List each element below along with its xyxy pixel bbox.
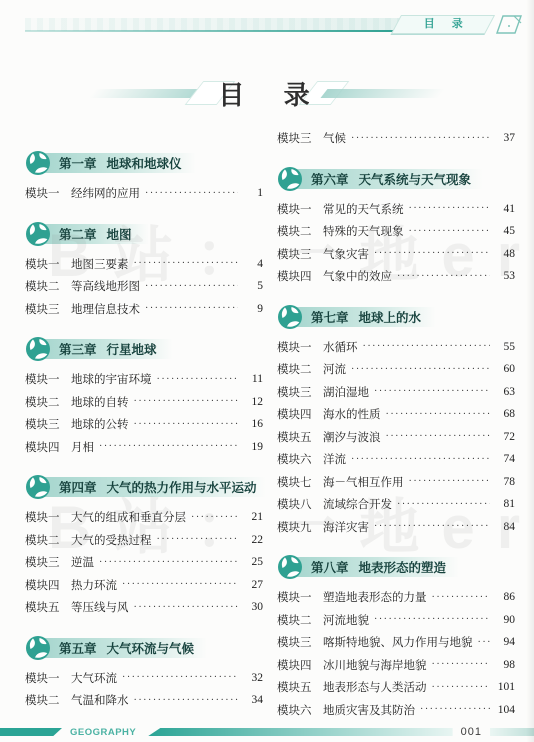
module-label: 模块二 (277, 612, 323, 628)
module-title: 气候 (323, 130, 346, 146)
module-page-number: 72 (495, 431, 515, 443)
chapter-label: 第六章 (311, 170, 349, 188)
dot-leader: ········································… (145, 188, 238, 199)
dot-leader: ········································… (134, 695, 239, 706)
module-label: 模块六 (277, 702, 323, 718)
toc-entry: 模块一经纬网的应用·······························… (25, 182, 263, 205)
toc-entry: 模块二特殊的天气现象······························… (277, 220, 515, 243)
module-title: 特殊的天气现象 (323, 223, 404, 239)
module-label: 模块五 (25, 599, 71, 615)
toc-entry: 模块三地理信息技术·······························… (25, 298, 263, 321)
toc-entry: 模块三气象灾害·································… (277, 243, 515, 266)
module-page-number: 11 (243, 373, 263, 385)
dot-leader: ········································… (374, 521, 490, 532)
module-page-number: 5 (243, 280, 263, 292)
dot-leader: ········································… (191, 512, 238, 523)
module-page-number: 41 (495, 203, 515, 215)
chapter-label: 第五章 (59, 639, 97, 657)
footer-gradient-bar (148, 728, 452, 736)
dot-leader: ········································… (122, 672, 238, 683)
module-title: 湖泊湿地 (323, 384, 369, 400)
page-title-block: 目 录 (0, 72, 534, 114)
dot-leader: ········································… (432, 592, 491, 603)
module-label: 模块二 (277, 223, 323, 239)
toc-entry: 模块六地质灾害及其防治·····························… (277, 699, 515, 722)
dot-leader: ········································… (478, 637, 491, 648)
dot-leader: ········································… (397, 271, 490, 282)
dot-leader: ········································… (351, 364, 490, 375)
toc-entry: 模块六洋流···································… (277, 448, 515, 471)
chapter-banner: 第三章行星地球 (39, 339, 181, 359)
footer-right-bar (490, 728, 534, 736)
chapter-title: 天气系统与天气现象 (359, 170, 472, 188)
globe-icon (277, 166, 303, 192)
module-title: 逆温 (71, 554, 94, 570)
chapter-banner: 第七章地球上的水 (291, 307, 445, 327)
module-page-number: 104 (495, 704, 515, 716)
toc-entry: 模块一常见的天气系统······························… (277, 198, 515, 221)
module-label: 模块五 (277, 429, 323, 445)
module-title: 月相 (71, 439, 94, 455)
dot-leader: ········································… (134, 396, 239, 407)
module-page-number: 81 (495, 498, 515, 510)
chapter-banner: 第四章大气的热力作用与水平运动 (39, 477, 281, 497)
module-title: 气温和降水 (71, 692, 129, 708)
toc-entry: 模块四气象中的效应·······························… (277, 265, 515, 288)
module-page-number: 19 (243, 441, 263, 453)
toc-entry: 模块四热力环流·································… (25, 574, 263, 597)
module-title: 等高线地形图 (71, 278, 140, 294)
toc-entry: 模块一大气环流·································… (25, 667, 263, 690)
globe-icon (25, 221, 51, 247)
module-title: 地理信息技术 (71, 301, 140, 317)
module-label: 模块四 (25, 439, 71, 455)
module-title: 地球的自转 (71, 394, 129, 410)
module-page-number: 90 (495, 614, 515, 626)
chapter-title: 地图 (107, 225, 132, 243)
module-title: 地图三要素 (71, 256, 129, 272)
dot-leader: ········································… (99, 557, 238, 568)
dot-leader: ········································… (397, 499, 490, 510)
module-page-number: 4 (243, 258, 263, 270)
globe-icon (277, 304, 303, 330)
toc-entry: 模块一塑造地表形态的力量····························… (277, 586, 515, 609)
chapter-label: 第二章 (59, 225, 97, 243)
module-title: 河流 (323, 361, 346, 377)
module-page-number: 60 (495, 363, 515, 375)
module-label: 模块一 (25, 371, 71, 387)
module-title: 大气的受热过程 (71, 532, 152, 548)
dot-leader: ········································… (363, 341, 491, 352)
module-page-number: 45 (495, 225, 515, 237)
dot-leader: ········································… (122, 579, 238, 590)
module-label: 模块三 (25, 416, 71, 432)
chapter-label: 第三章 (59, 340, 97, 358)
module-label: 模块一 (25, 670, 71, 686)
header-rule-line (25, 30, 399, 32)
module-title: 地质灾害及其防治 (323, 702, 415, 718)
footer-brand: GEOGRAPHY (70, 727, 136, 738)
page-corner-icon (494, 11, 524, 42)
module-title: 热力环流 (71, 577, 117, 593)
module-page-number: 78 (495, 476, 515, 488)
module-title: 气象灾害 (323, 246, 369, 262)
module-page-number: 25 (243, 556, 263, 568)
chapter-title: 地球上的水 (359, 308, 422, 326)
module-title: 常见的天气系统 (323, 201, 404, 217)
toc-entry: 模块三喀斯特地貌、风力作用与地貌························… (277, 631, 515, 654)
dot-leader: ········································… (420, 704, 490, 715)
module-label: 模块四 (277, 268, 323, 284)
dot-leader: ········································… (351, 133, 490, 144)
module-label: 模块四 (277, 657, 323, 673)
module-label: 模块二 (25, 532, 71, 548)
module-page-number: 53 (495, 270, 515, 282)
toc-entry: 模块五等压线与风································… (25, 596, 263, 619)
module-title: 水循环 (323, 339, 358, 355)
toc-entry: 模块三逆温···································… (25, 551, 263, 574)
module-page-number: 9 (243, 303, 263, 315)
module-label: 模块三 (277, 130, 323, 146)
module-label: 模块一 (277, 589, 323, 605)
toc-entry: 模块一地球的宇宙环境······························… (25, 368, 263, 391)
module-title: 喀斯特地貌、风力作用与地貌 (323, 634, 473, 650)
chapter-heading: 第四章大气的热力作用与水平运动 (25, 474, 263, 500)
module-label: 模块一 (277, 339, 323, 355)
module-title: 气象中的效应 (323, 268, 392, 284)
dot-leader: ········································… (374, 248, 490, 259)
module-title: 经纬网的应用 (71, 185, 140, 201)
chapter-title: 大气环流与气候 (107, 639, 195, 657)
chapter-banner: 第二章地图 (39, 224, 156, 244)
module-label: 模块七 (277, 474, 323, 490)
toc-entry: 模块二气温和降水································… (25, 689, 263, 712)
dot-leader: ········································… (157, 534, 239, 545)
toc-entry: 模块五地表形态与人类活动····························… (277, 676, 515, 699)
chapter-heading: 第一章地球和地球仪 (25, 150, 263, 176)
dot-leader: ········································… (351, 454, 490, 465)
module-page-number: 21 (243, 511, 263, 523)
module-page-number: 37 (495, 132, 515, 144)
module-label: 模块二 (25, 394, 71, 410)
module-page-number: 32 (243, 672, 263, 684)
chapter-title: 地表形态的塑造 (359, 558, 447, 576)
chapter-banner: 第一章地球和地球仪 (39, 153, 206, 173)
dot-leader: ········································… (432, 682, 491, 693)
dot-leader: ········································… (432, 659, 491, 670)
header-tab: 目 录 (391, 15, 495, 34)
dot-leader: ········································… (409, 203, 491, 214)
dot-leader: ········································… (157, 374, 239, 385)
dot-leader: ········································… (409, 476, 491, 487)
toc-entry: 模块三地球的公转································… (25, 413, 263, 436)
module-page-number: 98 (495, 659, 515, 671)
chapter-heading: 第二章地图 (25, 221, 263, 247)
chapter-title: 行星地球 (107, 340, 157, 358)
globe-icon (25, 336, 51, 362)
toc-entry: 模块四海水的性质································… (277, 403, 515, 426)
module-label: 模块三 (25, 554, 71, 570)
globe-icon (25, 150, 51, 176)
module-page-number: 84 (495, 521, 515, 533)
toc-entry: 模块三湖泊湿地·································… (277, 381, 515, 404)
toc-entry: 模块一大气的组成和垂直分层···························… (25, 506, 263, 529)
module-label: 模块六 (277, 451, 323, 467)
chapter-title: 地球和地球仪 (107, 154, 182, 172)
module-title: 地表形态与人类活动 (323, 679, 427, 695)
module-label: 模块九 (277, 519, 323, 535)
footer-page-number: 001 (461, 726, 482, 738)
chapter-banner: 第八章地表形态的塑造 (291, 557, 470, 577)
module-label: 模块四 (25, 577, 71, 593)
toc-entry: 模块七海－气相互作用······························… (277, 471, 515, 494)
module-label: 模块三 (25, 301, 71, 317)
dot-leader: ········································… (409, 226, 491, 237)
dot-leader: ········································… (134, 602, 239, 613)
chapter-label: 第四章 (59, 478, 97, 496)
module-page-number: 74 (495, 453, 515, 465)
toc-entry: 模块三气候···································… (277, 127, 515, 150)
footer-left-bar (0, 728, 62, 736)
module-label: 模块五 (277, 679, 323, 695)
module-label: 模块四 (277, 406, 323, 422)
module-title: 塑造地表形态的力量 (323, 589, 427, 605)
toc-entry: 模块四月相···································… (25, 436, 263, 459)
module-label: 模块一 (25, 256, 71, 272)
dot-leader: ········································… (374, 614, 490, 625)
module-page-number: 34 (243, 694, 263, 706)
module-title: 海－气相互作用 (323, 474, 404, 490)
toc-entry: 模块一水循环··································… (277, 336, 515, 359)
module-page-number: 48 (495, 248, 515, 260)
module-title: 河流地貌 (323, 612, 369, 628)
dot-leader: ········································… (386, 431, 491, 442)
module-page-number: 27 (243, 579, 263, 591)
toc-column-right: 模块三气候···································… (277, 127, 515, 721)
globe-icon (25, 635, 51, 661)
chapter-heading: 第八章地表形态的塑造 (277, 554, 515, 580)
dot-leader: ········································… (134, 419, 239, 430)
toc-entry: 模块九海洋灾害·································… (277, 516, 515, 539)
module-title: 洋流 (323, 451, 346, 467)
dot-leader: ········································… (99, 441, 238, 452)
dot-leader: ········································… (386, 409, 491, 420)
module-page-number: 12 (243, 396, 263, 408)
module-page-number: 30 (243, 601, 263, 613)
footer: GEOGRAPHY 001 (0, 726, 534, 738)
toc-entry: 模块二河流···································… (277, 358, 515, 381)
module-label: 模块二 (25, 692, 71, 708)
toc-entry: 模块二等高线地形图·······························… (25, 275, 263, 298)
chapter-heading: 第五章大气环流与气候 (25, 635, 263, 661)
module-page-number: 86 (495, 591, 515, 603)
module-page-number: 22 (243, 534, 263, 546)
module-title: 地球的宇宙环境 (71, 371, 152, 387)
module-title: 流域综合开发 (323, 496, 392, 512)
chapter-label: 第七章 (311, 308, 349, 326)
module-label: 模块三 (277, 246, 323, 262)
module-title: 大气环流 (71, 670, 117, 686)
chapter-label: 第八章 (311, 558, 349, 576)
module-label: 模块二 (25, 278, 71, 294)
module-page-number: 16 (243, 418, 263, 430)
dot-leader: ········································… (145, 281, 238, 292)
title-right-strip (320, 89, 445, 98)
chapter-title: 大气的热力作用与水平运动 (107, 478, 257, 496)
dot-leader: ········································… (134, 258, 239, 269)
header-tab-label: 目 录 (397, 16, 489, 32)
toc-entry: 模块二大气的受热过程······························… (25, 529, 263, 552)
toc-entry: 模块二河流地貌·································… (277, 609, 515, 632)
module-label: 模块三 (277, 634, 323, 650)
dot-leader: ········································… (145, 303, 238, 314)
toc-entry: 模块五潮汐与波浪································… (277, 426, 515, 449)
module-title: 海洋灾害 (323, 519, 369, 535)
toc-entry: 模块一地图三要素································… (25, 253, 263, 276)
chapter-heading: 第六章天气系统与天气现象 (277, 166, 515, 192)
module-title: 潮汐与波浪 (323, 429, 381, 445)
module-label: 模块一 (25, 509, 71, 525)
globe-icon (25, 474, 51, 500)
dot-leader: ········································… (374, 386, 490, 397)
chapter-heading: 第七章地球上的水 (277, 304, 515, 330)
module-page-number: 94 (495, 636, 515, 648)
module-page-number: 101 (495, 681, 515, 693)
toc-entry: 模块二地球的自转································… (25, 391, 263, 414)
module-page-number: 1 (243, 187, 263, 199)
toc-page: 目 录 目 录 B站：一地er B站：一地er 第一章地球和地球仪模块一经纬网的… (0, 0, 534, 742)
chapter-heading: 第三章行星地球 (25, 336, 263, 362)
module-label: 模块一 (25, 185, 71, 201)
module-label: 模块三 (277, 384, 323, 400)
toc-entry: 模块四冰川地貌与海岸地貌····························… (277, 654, 515, 677)
chapter-banner: 第六章天气系统与天气现象 (291, 169, 495, 189)
module-page-number: 68 (495, 408, 515, 420)
module-title: 大气的组成和垂直分层 (71, 509, 186, 525)
toc-entry: 模块八流域综合开发·······························… (277, 493, 515, 516)
module-title: 等压线与风 (71, 599, 129, 615)
module-page-number: 63 (495, 386, 515, 398)
module-page-number: 55 (495, 341, 515, 353)
module-label: 模块二 (277, 361, 323, 377)
module-title: 海水的性质 (323, 406, 381, 422)
module-title: 地球的公转 (71, 416, 129, 432)
module-label: 模块八 (277, 496, 323, 512)
module-title: 冰川地貌与海岸地貌 (323, 657, 427, 673)
chapter-label: 第一章 (59, 154, 97, 172)
page-title: 目 录 (206, 75, 327, 112)
toc-column-left: 第一章地球和地球仪模块一经纬网的应用······················… (25, 150, 263, 712)
chapter-banner: 第五章大气环流与气候 (39, 638, 218, 658)
globe-icon (277, 554, 303, 580)
module-label: 模块一 (277, 201, 323, 217)
